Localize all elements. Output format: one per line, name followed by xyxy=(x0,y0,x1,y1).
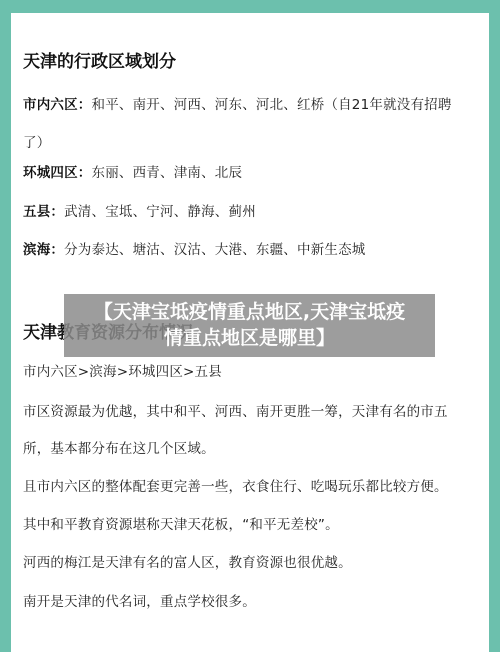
title-overlay-banner: 【天津宝坻疫情重点地区,天津宝坻疫 情重点地区是哪里】 xyxy=(64,294,435,357)
paragraph: 其中和平教育资源堪称天津天花板，“和平无差校”。 xyxy=(23,513,339,533)
section-title-districts: 天津的行政区域划分 xyxy=(23,47,176,72)
row-label: 市内六区： xyxy=(23,97,92,113)
row-label: 五县： xyxy=(23,204,64,220)
paragraph: 市区资源最为优越，其中和平、河西、南开更胜一筹，天津有名的市五 xyxy=(23,400,448,420)
row-text: 分为泰达、塘沽、汉沽、大港、东疆、中新生态城 xyxy=(64,242,365,258)
row-label: 环城四区： xyxy=(23,165,92,181)
education-ranking: 市内六区>滨海>环城四区>五县 xyxy=(23,360,222,380)
district-row-outer-four: 环城四区：东丽、西青、津南、北辰 xyxy=(23,161,242,181)
row-text: 武清、宝坻、宁河、静海、蓟州 xyxy=(64,204,256,220)
overlay-line-1: 【天津宝坻疫情重点地区,天津宝坻疫 xyxy=(64,299,435,325)
district-row-continued: 了） xyxy=(23,131,50,151)
row-text: 了） xyxy=(23,135,50,151)
paragraph: 所，基本都分布在这几个区域。 xyxy=(23,437,215,457)
row-text: 东丽、西青、津南、北辰 xyxy=(92,165,243,181)
district-row-inner-six: 市内六区：和平、南开、河西、河东、河北、红桥（自21年就没有招聘 xyxy=(23,93,452,113)
row-text: 和平、南开、河西、河东、河北、红桥（自21年就没有招聘 xyxy=(92,97,452,113)
row-label: 滨海： xyxy=(23,242,64,258)
district-row-binhai: 滨海：分为泰达、塘沽、汉沽、大港、东疆、中新生态城 xyxy=(23,238,366,258)
paragraph: 且市内六区的整体配套更完善一些，衣食住行、吃喝玩乐都比较方便。 xyxy=(23,475,448,495)
overlay-line-2: 情重点地区是哪里】 xyxy=(64,325,435,351)
paragraph: 河西的梅江是天津有名的富人区，教育资源也很优越。 xyxy=(23,551,352,571)
paragraph: 南开是天津的代名词，重点学校很多。 xyxy=(23,590,256,610)
district-row-five-counties: 五县：武清、宝坻、宁河、静海、蓟州 xyxy=(23,200,256,220)
